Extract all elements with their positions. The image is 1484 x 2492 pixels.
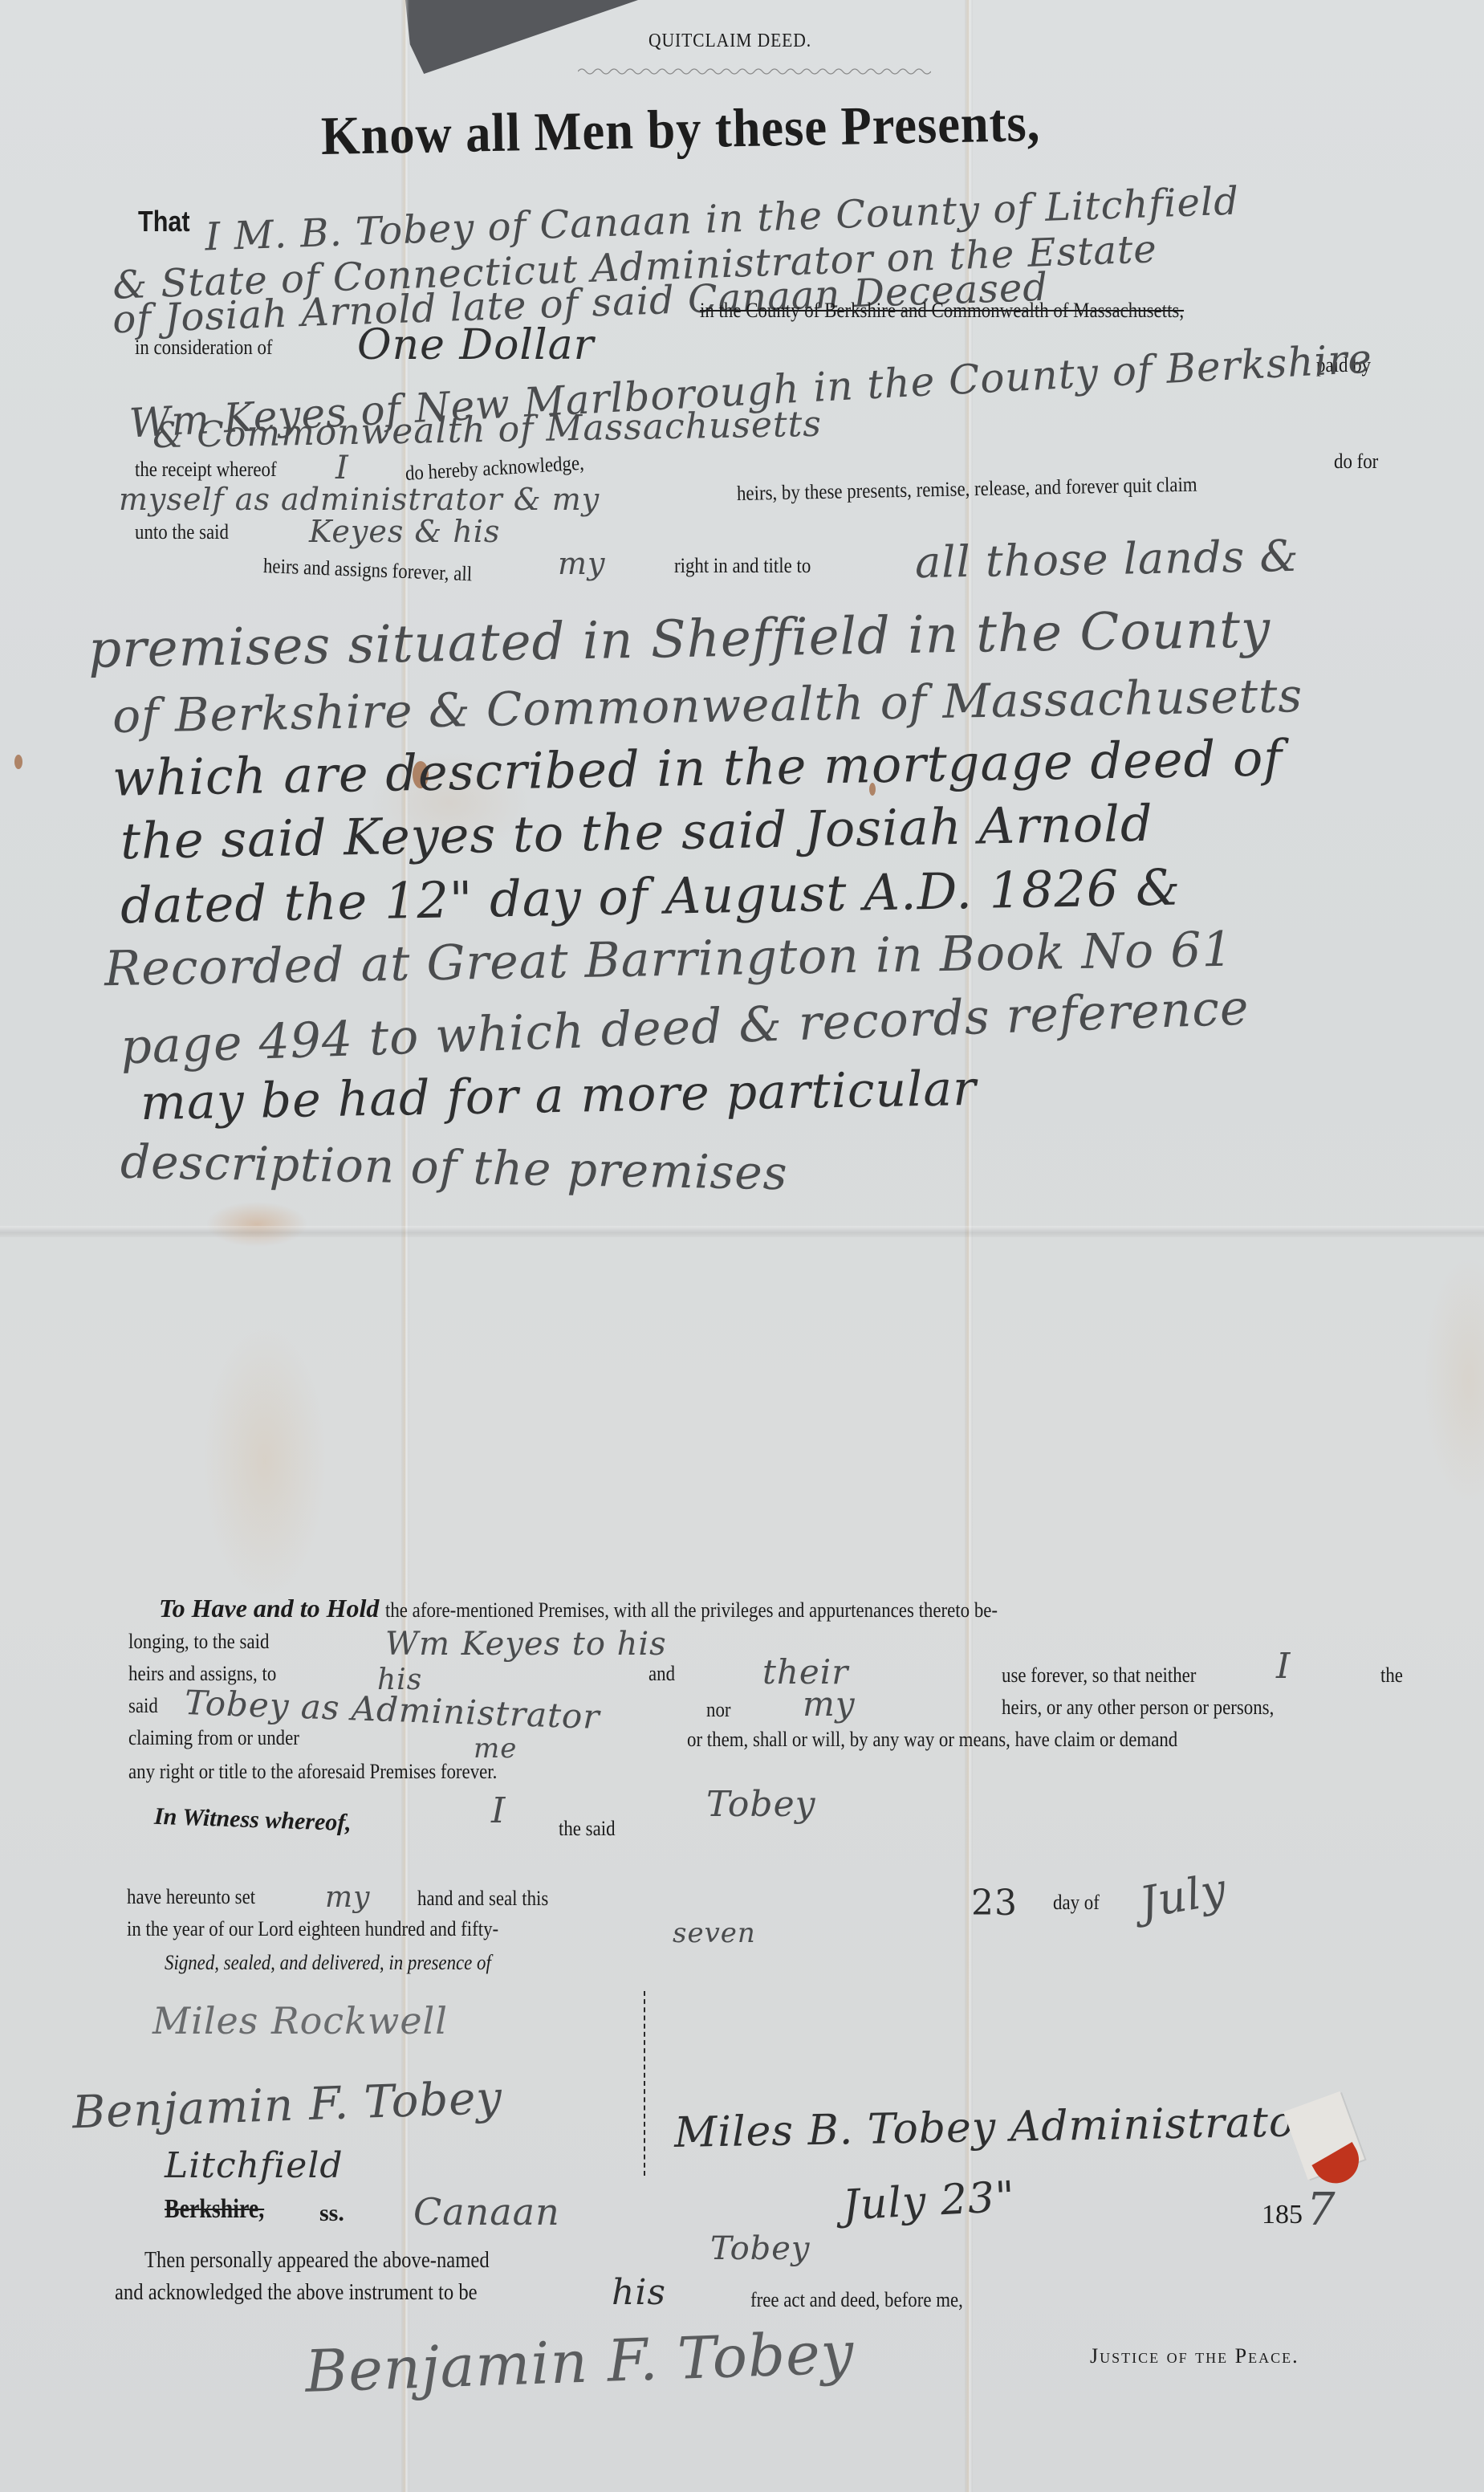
hw-grantee-habendum: Wm Keyes to his	[385, 1626, 667, 1663]
printed-any-right: any right or title to the aforesaid Prem…	[128, 1760, 497, 1784]
printed-that: That	[138, 205, 190, 238]
fold-line-horizontal	[0, 1226, 1484, 1237]
printed-right: right in and title to	[674, 554, 811, 578]
hw-I-habendum: I	[1276, 1646, 1291, 1687]
hw-my: my	[558, 546, 606, 581]
hw-description-line: description of the premises	[120, 1134, 788, 1201]
signature-witness1: Miles Rockwell	[152, 1999, 448, 2042]
printed-county-struck: Berkshire,	[165, 2194, 264, 2225]
printed-and: and	[648, 1662, 675, 1686]
printed-ss: ss.	[319, 2200, 344, 2227]
printed-personally-appeared: Then personally appeared the above-named	[144, 2248, 490, 2274]
printed-consideration: in consideration of	[135, 336, 273, 360]
printed-longing: longing, to the said	[128, 1630, 269, 1654]
printed-receipt: the receipt whereof	[135, 458, 277, 482]
printed-heirs-assigns-to: heirs and assigns, to	[128, 1662, 276, 1686]
hw-town: Canaan	[413, 2190, 560, 2233]
printed-hand-seal: hand and seal this	[417, 1887, 548, 1911]
signature-brace	[644, 1991, 650, 2176]
hw-tobey-witness: Tobey	[706, 1784, 815, 1825]
printed-year-line: in the year of our Lord eighteen hundred…	[127, 1917, 498, 1941]
printed-justice-of-peace: Justice of the Peace.	[1090, 2344, 1299, 2368]
hw-amount: One Dollar	[357, 321, 595, 369]
habendum-text: the afore-mentioned Premises, with all t…	[385, 1598, 998, 1623]
printed-signed-sealed: Signed, sealed, and delivered, in presen…	[165, 1951, 491, 1975]
hw-year-word: seven	[673, 1917, 756, 1949]
printed-have-set: have hereunto set	[127, 1885, 255, 1909]
printed-acknowledged: and acknowledged the above instrument to…	[115, 2280, 478, 2306]
printed-do-for: do for	[1334, 450, 1378, 474]
hw-ack-name: Tobey	[710, 2230, 811, 2267]
habendum-lead: To Have and to Hold	[159, 1594, 379, 1623]
printed-struck-county: in the County of Berkshire and Commonwea…	[700, 299, 1184, 323]
printed-claiming: claiming from or under	[128, 1726, 299, 1750]
printed-said: said	[128, 1694, 158, 1718]
hw-I-witness: I	[491, 1790, 506, 1831]
printed-the: the	[1380, 1663, 1403, 1688]
printed-free-act: free act and deed, before me,	[750, 2288, 963, 2312]
hw-county: Litchfield	[165, 2145, 344, 2186]
printed-heirs-persons: heirs, or any other person or persons,	[1002, 1696, 1274, 1720]
habendum-line1: To Have and to Hold the afore-mentioned …	[159, 1594, 1081, 1623]
printed-use-forever: use forever, so that neither	[1002, 1663, 1196, 1688]
hw-lands: all those lands &	[914, 531, 1299, 588]
rust-stain	[14, 755, 22, 769]
printed-the-said: the said	[559, 1817, 616, 1841]
hw-ack-date: July 23"	[842, 2172, 1017, 2229]
hw-grantee: Keyes & his	[309, 514, 500, 549]
printed-day-of: day of	[1053, 1891, 1100, 1915]
printed-nor: nor	[706, 1698, 731, 1722]
printed-ack-year: 185	[1262, 2200, 1303, 2230]
hw-myself: myself as administrator & my	[119, 482, 600, 517]
printed-claim-demand: or them, shall or will, by any way or me…	[687, 1728, 1177, 1752]
printed-unto: unto the said	[135, 520, 229, 544]
hw-his-ack: his	[612, 2272, 666, 2313]
form-title: QUITCLAIM DEED.	[648, 31, 811, 52]
hw-day: 23	[971, 1883, 1018, 1924]
hw-ack-year-digit: 7	[1307, 2184, 1336, 2236]
decorative-rule	[578, 66, 931, 77]
hw-my-witness: my	[325, 1881, 370, 1914]
hw-my-habendum: my	[803, 1684, 856, 1724]
